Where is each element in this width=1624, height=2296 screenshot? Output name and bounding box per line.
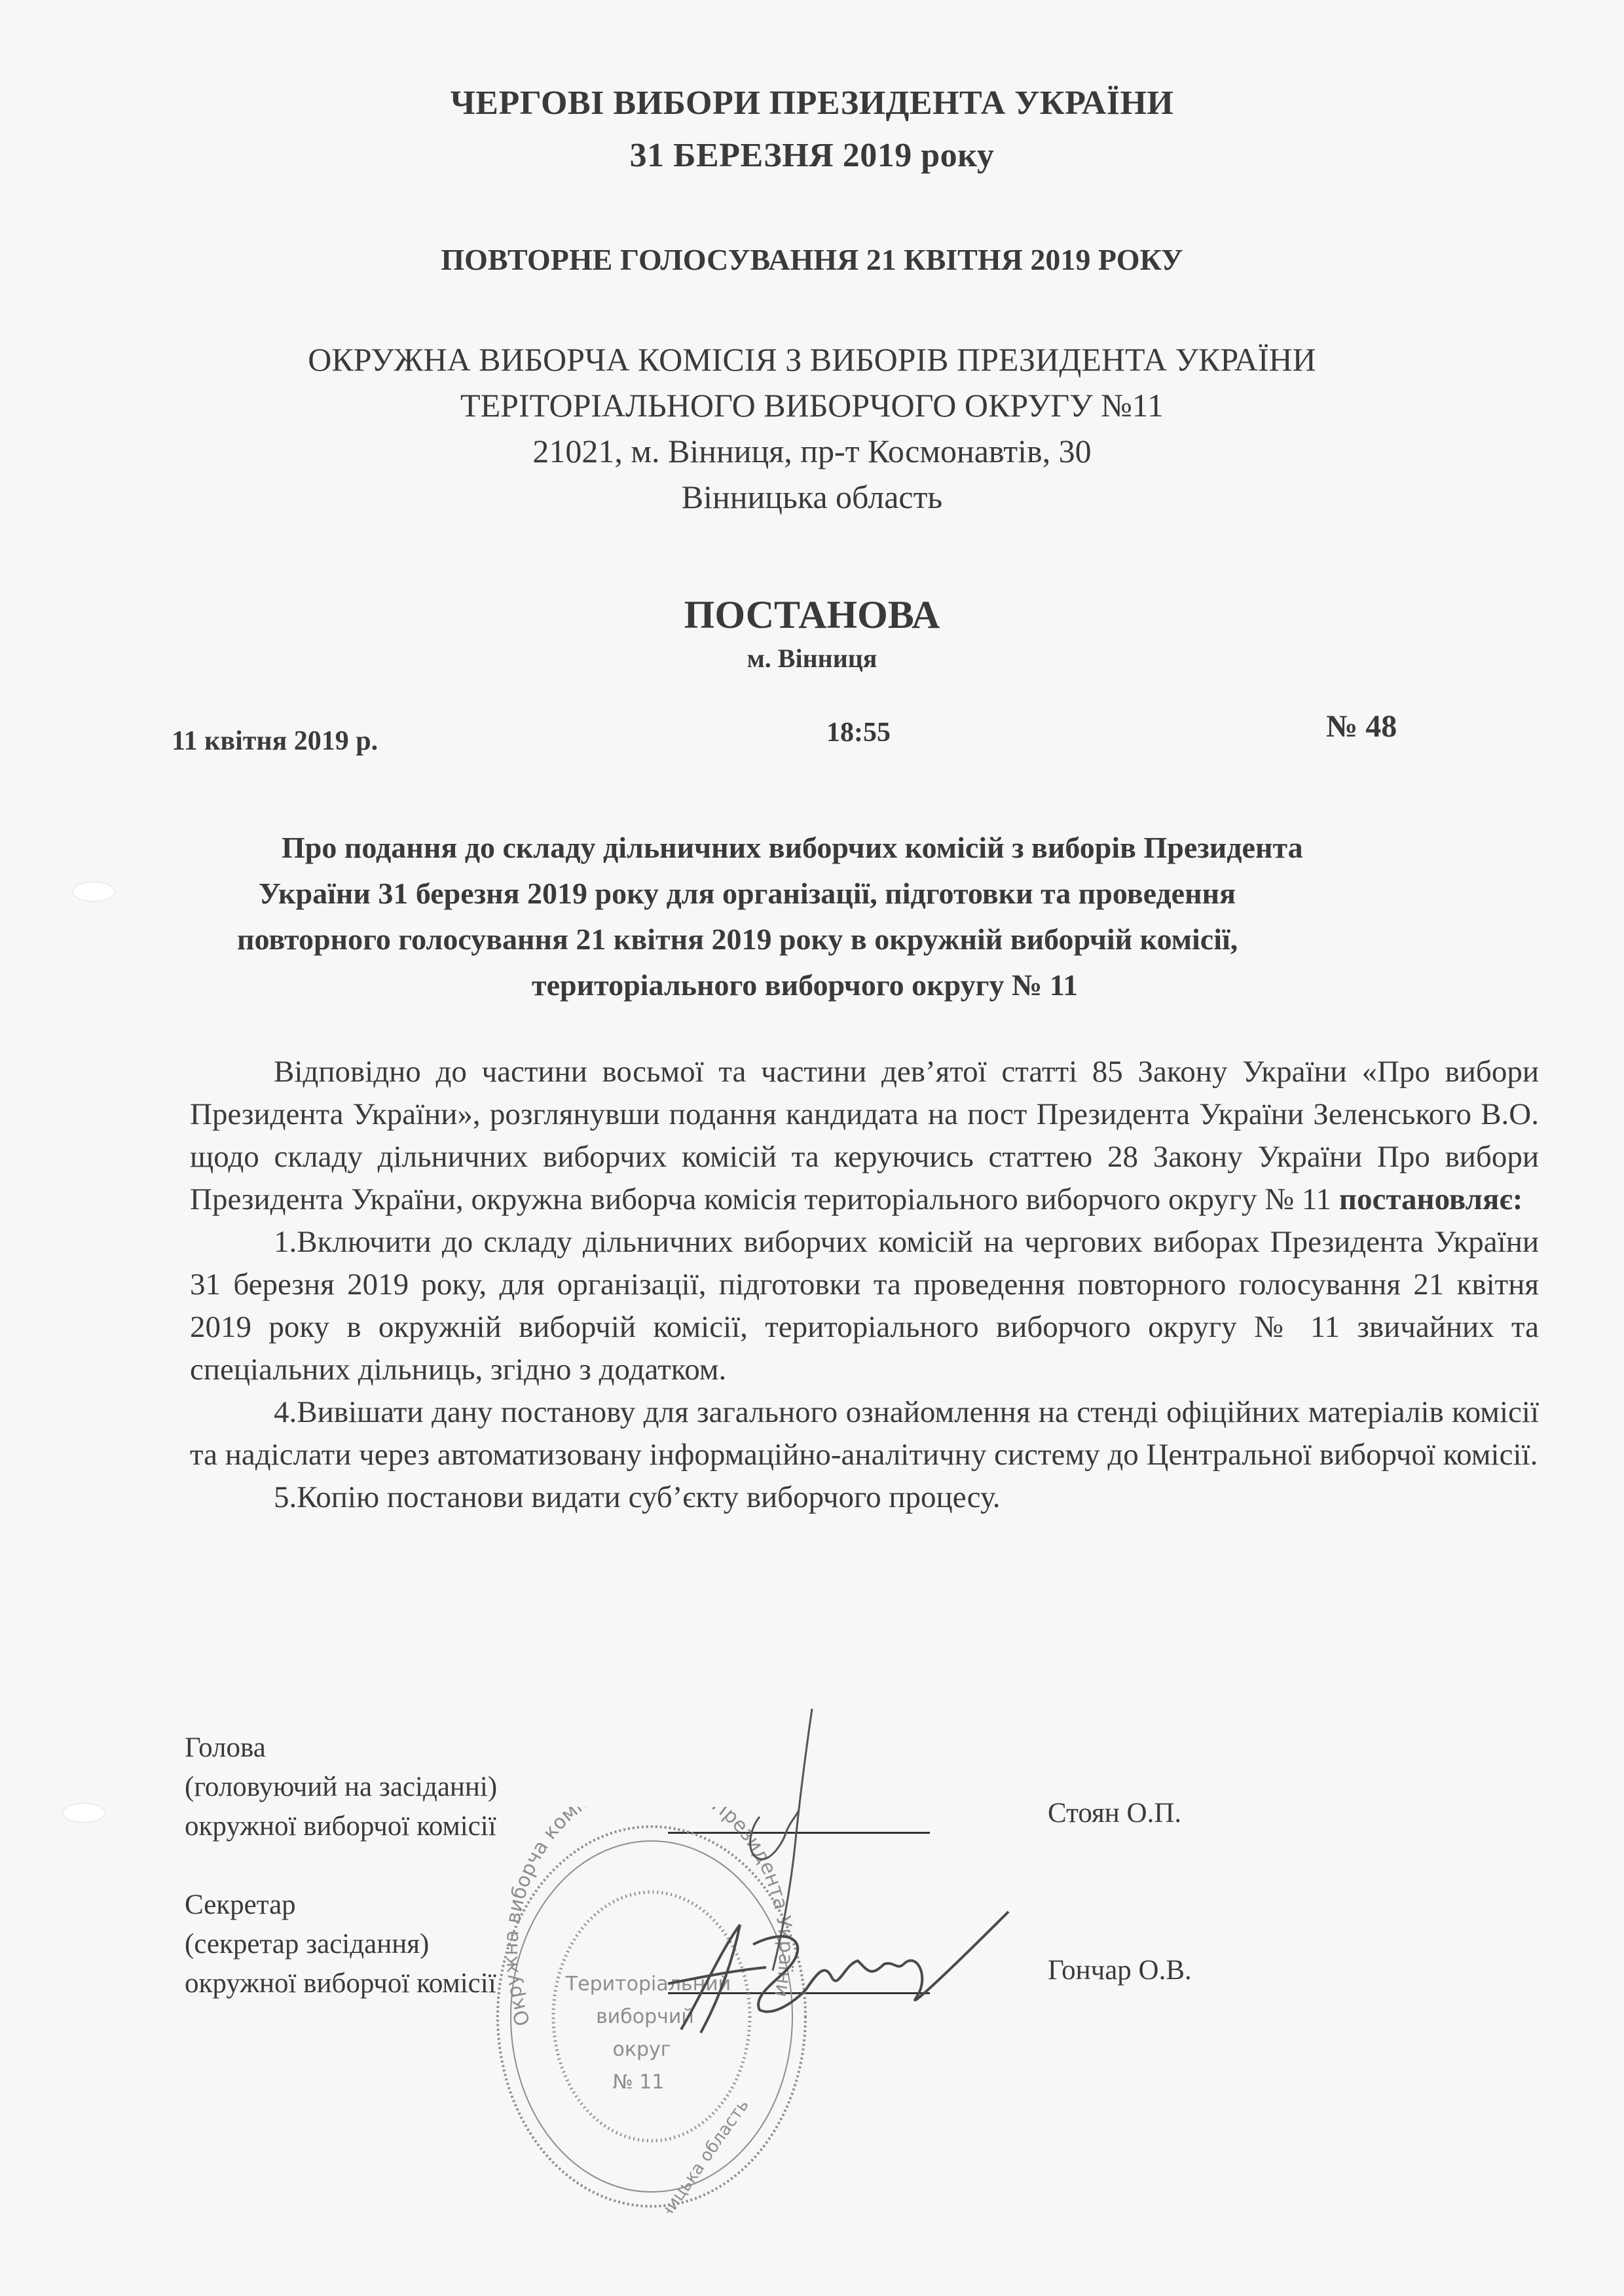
preamble-text: Відповідно до частини восьмої та частини… (190, 1055, 1539, 1216)
commission-name-line1: ОКРУЖНА ВИБОРЧА КОМІСІЯ З ВИБОРІВ ПРЕЗИД… (0, 340, 1624, 378)
secretary-role-line3: окружної виборчої комісії (185, 1964, 496, 2003)
secretary-role-line1: Секретар (185, 1886, 296, 1925)
election-date: 31 БЕРЕЗНЯ 2019 року (0, 136, 1624, 175)
subject-line-4: територіального виборчого округу № 11 (532, 964, 1078, 1007)
subject-line-3: повторного голосування 21 квітня 2019 ро… (237, 918, 1238, 961)
document-time: 18:55 (826, 717, 891, 748)
svg-text:Вінницька область: Вінницька область (640, 2096, 753, 2213)
punch-hole-bottom (64, 1804, 104, 1822)
resolution-item-5: 5.Копію постанови видати суб’єкту виборч… (190, 1476, 1539, 1519)
preamble-paragraph: Відповідно до частини восьмої та частини… (190, 1051, 1539, 1221)
commission-region: Вінницька область (0, 478, 1624, 516)
svg-text:№ 11: № 11 (613, 2071, 665, 2094)
resolution-body: Відповідно до частини восьмої та частини… (190, 1051, 1539, 1519)
document-page: ЧЕРГОВІ ВИБОРИ ПРЕЗИДЕНТА УКРАЇНИ 31 БЕР… (0, 0, 1624, 2296)
secretary-signature-icon (642, 1899, 1022, 2043)
chair-role-line1: Голова (185, 1728, 266, 1768)
subject-line-2: України 31 березня 2019 року для організ… (259, 872, 1236, 915)
resolves-word: постановляє: (1339, 1182, 1523, 1216)
official-stamp-icon: Окружна виборча комісія з виборів Презид… (485, 1807, 825, 2213)
subject-line-1: Про подання до складу дільничних виборчи… (282, 826, 1303, 869)
chair-signature-icon (733, 1702, 891, 1977)
secretary-signature-line (668, 1992, 930, 1994)
punch-hole-top (73, 883, 114, 901)
document-number: № 48 (1326, 708, 1397, 744)
document-city: м. Вінниця (0, 643, 1624, 674)
commission-address: 21021, м. Вінниця, пр-т Космонавтів, 30 (0, 432, 1624, 470)
document-date: 11 квітня 2019 р. (172, 725, 378, 757)
runoff-title: ПОВТОРНЕ ГОЛОСУВАННЯ 21 КВІТНЯ 2019 РОКУ (0, 242, 1624, 277)
resolution-item-1: 1.Включити до складу дільничних виборчих… (190, 1221, 1539, 1391)
svg-text:виборчий: виборчий (596, 2005, 694, 2028)
svg-text:округ: округ (612, 2038, 671, 2061)
svg-text:Окружна виборча комісія з вибо: Окружна виборча комісія з виборів Презид… (500, 1807, 797, 2029)
chair-signature-line (668, 1832, 930, 1834)
commission-name-line2: ТЕРІТОРІАЛЬНОГО ВИБОРЧОГО ОКРУГУ №11 (0, 386, 1624, 424)
chair-role-line3: окружної виборчої комісії (185, 1807, 496, 1846)
election-title: ЧЕРГОВІ ВИБОРИ ПРЕЗИДЕНТА УКРАЇНИ (0, 84, 1624, 122)
document-type: ПОСТАНОВА (0, 592, 1624, 638)
secretary-role-line2: (секретар засідання) (185, 1925, 429, 1964)
chair-name: Стоян О.П. (1048, 1797, 1181, 1829)
resolution-item-4: 4.Вивішати дану постанову для загального… (190, 1391, 1539, 1476)
secretary-name: Гончар О.В. (1048, 1954, 1192, 1986)
chair-role-line2: (головуючий на засіданні) (185, 1768, 497, 1807)
